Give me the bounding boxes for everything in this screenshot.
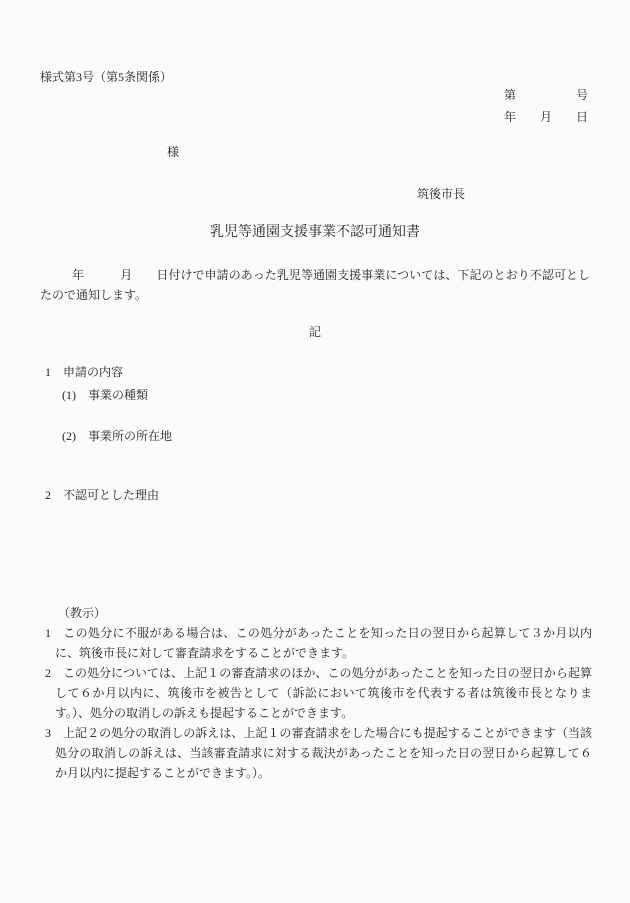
section-1-number: 1	[45, 365, 51, 379]
addressee-honorific: 様	[167, 145, 179, 160]
instruction-item-2: 2この処分については、上記１の審査請求のほか、この処分があったことを知った日の翌…	[40, 663, 592, 723]
instruction-1-text: この処分に不服がある場合は、この処分があったことを知った日の翌日から起算して３か…	[55, 626, 592, 660]
section-2-number: 2	[45, 488, 51, 502]
instruction-item-1: 1この処分に不服がある場合は、この処分があったことを知った日の翌日から起算して３…	[40, 623, 592, 663]
instruction-2-text: この処分については、上記１の審査請求のほか、この処分があったことを知った日の翌日…	[55, 666, 592, 720]
instruction-item-3: 3上記２の処分の取消しの訴えは、上記１の審査請求をした場合にも提起することができ…	[40, 723, 592, 783]
section-1-subitem-2: (2)事業所の所在地	[62, 429, 172, 444]
instructions-section: （教示） 1この処分に不服がある場合は、この処分があったことを知った日の翌日から…	[40, 603, 592, 783]
document-number-line: 第 号	[504, 88, 588, 103]
intro-paragraph: 年 月 日付けで申請のあった乳児等通園支援事業については、下記のとおり不認可とし…	[40, 265, 590, 305]
section-1-heading: 1申請の内容	[45, 365, 123, 380]
section-1-label: 申請の内容	[63, 365, 123, 379]
section-2-heading: 2不認可とした理由	[45, 488, 159, 503]
subitem-1-number: (1)	[62, 388, 76, 402]
instructions-heading: （教示）	[40, 603, 592, 623]
date-line: 年 月 日	[504, 110, 588, 125]
sender-title: 筑後市長	[417, 187, 465, 202]
document-title: 乳児等通園支援事業不認可通知書	[0, 224, 630, 241]
form-number-label: 様式第3号（第5条関係）	[40, 70, 172, 85]
instruction-3-number: 3	[45, 723, 63, 743]
section-2-label: 不認可とした理由	[63, 488, 159, 502]
document-page: 様式第3号（第5条関係） 第 号 年 月 日 様 筑後市長 乳児等通園支援事業不…	[0, 0, 630, 903]
subitem-2-label: 事業所の所在地	[88, 429, 172, 443]
instruction-3-text: 上記２の処分の取消しの訴えは、上記１の審査請求をした場合にも提起することができま…	[55, 726, 592, 780]
instruction-1-number: 1	[45, 623, 63, 643]
subitem-2-number: (2)	[62, 429, 76, 443]
instruction-2-number: 2	[45, 663, 63, 683]
record-marker: 記	[0, 325, 630, 340]
section-1-subitem-1: (1)事業の種類	[62, 388, 148, 403]
subitem-1-label: 事業の種類	[88, 388, 148, 402]
